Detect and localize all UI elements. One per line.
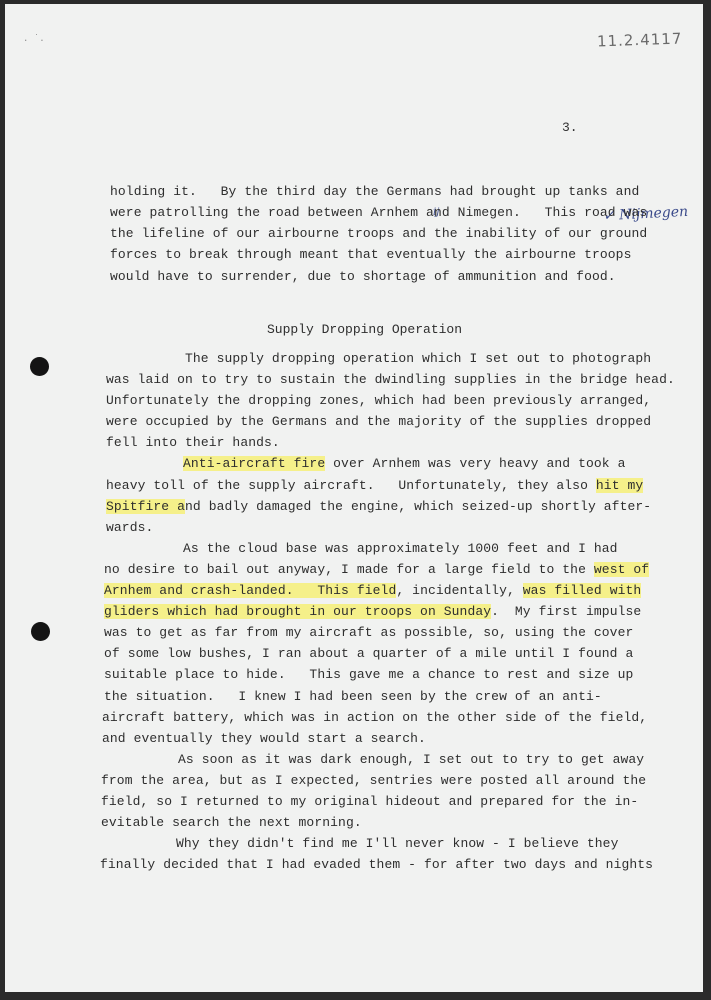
highlighted-text: west of bbox=[594, 562, 649, 577]
text-line: was to get as far from my aircraft as po… bbox=[104, 625, 633, 640]
text-segment: were occupied by the Germans and the maj… bbox=[106, 414, 651, 429]
text-segment: The supply dropping operation which I se… bbox=[185, 351, 651, 366]
reference-number: 11.2.4117 bbox=[597, 30, 683, 51]
text-segment: , incidentally, bbox=[396, 583, 522, 598]
text-segment: forces to break through meant that event… bbox=[110, 247, 631, 262]
text-line: and eventually they would start a search… bbox=[102, 731, 426, 746]
text-segment: were patrolling the road between Arnhem … bbox=[110, 205, 647, 220]
text-segment: of some low bushes, I ran about a quarte… bbox=[104, 646, 633, 661]
highlighted-text: hit my bbox=[596, 478, 643, 493]
text-line: As the cloud base was approximately 1000… bbox=[183, 541, 618, 556]
text-segment: Unfortunately the dropping zones, which … bbox=[106, 393, 651, 408]
text-line: from the area, but as I expected, sentri… bbox=[101, 773, 646, 788]
text-segment: was to get as far from my aircraft as po… bbox=[104, 625, 633, 640]
highlighted-text: gliders which had brought in our troops … bbox=[104, 604, 491, 619]
text-line: the lifeline of our airbourne troops and… bbox=[110, 226, 647, 241]
text-segment: fell into their hands. bbox=[106, 435, 280, 450]
text-segment: the lifeline of our airbourne troops and… bbox=[110, 226, 647, 241]
text-line: forces to break through meant that event… bbox=[110, 247, 631, 262]
text-line: were occupied by the Germans and the maj… bbox=[106, 414, 651, 429]
text-line: Arnhem and crash-landed. This field, inc… bbox=[104, 583, 641, 598]
text-line: As soon as it was dark enough, I set out… bbox=[178, 752, 644, 767]
text-line: was laid on to try to sustain the dwindl… bbox=[106, 372, 675, 387]
text-segment: was laid on to try to sustain the dwindl… bbox=[106, 372, 675, 387]
text-line: were patrolling the road between Arnhem … bbox=[110, 205, 647, 220]
text-line: finally decided that I had evaded them -… bbox=[100, 857, 653, 872]
text-segment: no desire to bail out anyway, I made for… bbox=[104, 562, 594, 577]
document-page: . ˙. 11.2.4117 3. ij ✓ Nijmegen Supply D… bbox=[5, 4, 703, 992]
text-line: of some low bushes, I ran about a quarte… bbox=[104, 646, 633, 661]
text-line: the situation. I knew I had been seen by… bbox=[104, 689, 602, 704]
highlighted-text: Spitfire a bbox=[106, 499, 185, 514]
text-segment: the situation. I knew I had been seen by… bbox=[104, 689, 602, 704]
text-segment: aircraft battery, which was in action on… bbox=[102, 710, 647, 725]
text-segment: . My first impulse bbox=[491, 604, 641, 619]
section-heading: Supply Dropping Operation bbox=[267, 322, 462, 337]
text-line: Why they didn't find me I'll never know … bbox=[176, 836, 618, 851]
corner-marks: . ˙. bbox=[23, 34, 45, 44]
highlighted-text: Arnhem and crash-landed. This field bbox=[104, 583, 396, 598]
text-segment: and eventually they would start a search… bbox=[102, 731, 426, 746]
text-segment: over Arnhem was very heavy and took a bbox=[325, 456, 625, 471]
text-segment: As soon as it was dark enough, I set out… bbox=[178, 752, 644, 767]
text-segment: would have to surrender, due to shortage… bbox=[110, 269, 616, 284]
text-line: wards. bbox=[106, 520, 153, 535]
text-segment: field, so I returned to my original hide… bbox=[101, 794, 638, 809]
text-line: gliders which had brought in our troops … bbox=[104, 604, 641, 619]
text-segment: from the area, but as I expected, sentri… bbox=[101, 773, 646, 788]
text-line: The supply dropping operation which I se… bbox=[185, 351, 651, 366]
text-segment: Why they didn't find me I'll never know … bbox=[176, 836, 618, 851]
text-segment: finally decided that I had evaded them -… bbox=[100, 857, 653, 872]
text-line: Anti-aircraft fire over Arnhem was very … bbox=[183, 456, 625, 471]
text-line: no desire to bail out anyway, I made for… bbox=[104, 562, 649, 577]
text-segment: wards. bbox=[106, 520, 153, 535]
highlighted-text: was filled with bbox=[523, 583, 642, 598]
text-segment: heavy toll of the supply aircraft. Unfor… bbox=[106, 478, 596, 493]
text-segment: As the cloud base was approximately 1000… bbox=[183, 541, 618, 556]
text-line: evitable search the next morning. bbox=[101, 815, 362, 830]
text-line: Unfortunately the dropping zones, which … bbox=[106, 393, 651, 408]
text-line: Spitfire and badly damaged the engine, w… bbox=[106, 499, 651, 514]
text-line: field, so I returned to my original hide… bbox=[101, 794, 638, 809]
text-line: holding it. By the third day the Germans… bbox=[110, 184, 639, 199]
punch-hole-icon bbox=[30, 357, 49, 376]
text-segment: holding it. By the third day the Germans… bbox=[110, 184, 639, 199]
text-line: fell into their hands. bbox=[106, 435, 280, 450]
punch-hole-icon bbox=[31, 622, 50, 641]
text-segment: nd badly damaged the engine, which seize… bbox=[185, 499, 651, 514]
text-segment: suitable place to hide. This gave me a c… bbox=[104, 667, 633, 682]
text-line: suitable place to hide. This gave me a c… bbox=[104, 667, 633, 682]
text-line: heavy toll of the supply aircraft. Unfor… bbox=[106, 478, 643, 493]
text-segment: evitable search the next morning. bbox=[101, 815, 362, 830]
highlighted-text: Anti-aircraft fire bbox=[183, 456, 325, 471]
page-number: 3. bbox=[562, 120, 578, 135]
text-line: aircraft battery, which was in action on… bbox=[102, 710, 647, 725]
text-line: would have to surrender, due to shortage… bbox=[110, 269, 616, 284]
